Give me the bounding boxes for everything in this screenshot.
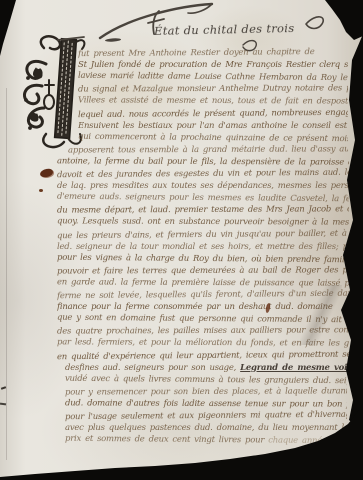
paper-crease [6, 88, 7, 460]
crumple-shadow [300, 285, 342, 345]
manuscript-scan: État du chital des trois fut present Mre… [0, 0, 363, 480]
ink-speck [39, 189, 43, 192]
aged-paper [0, 0, 363, 480]
